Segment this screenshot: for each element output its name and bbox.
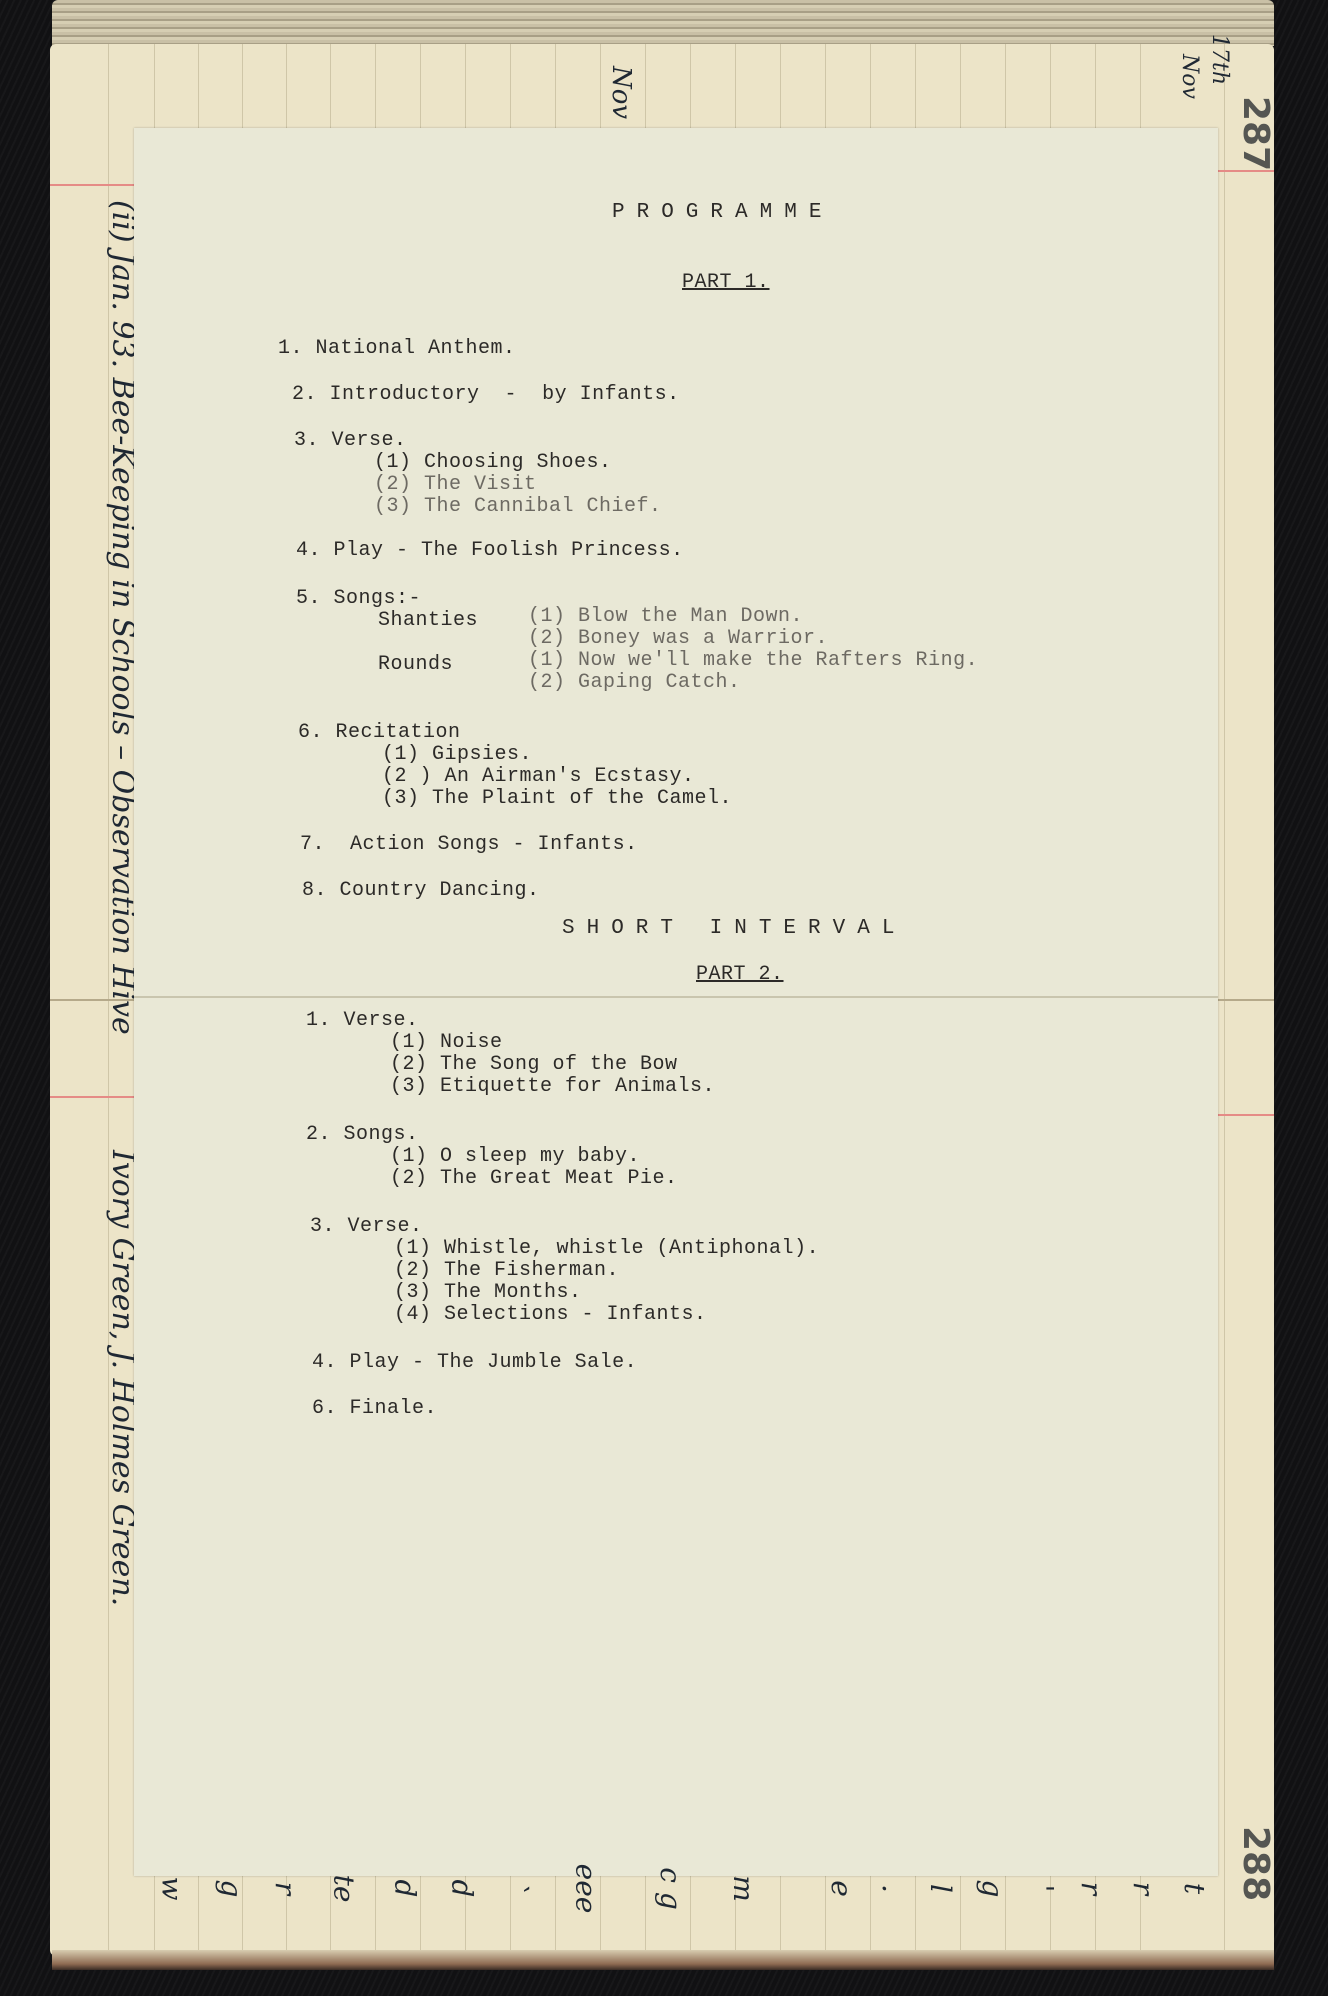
bottom-handwriting-row: w g r te d d ` eee c g m e . l g ' r r t [160,1872,1200,1932]
item-text: Action Songs - Infants. [350,833,638,856]
item-number: 8. [302,879,327,902]
page-number-top: 287 [1235,96,1276,171]
bottom-mark: r [269,1882,302,1895]
p1-item-6-sub-3: (3) The Plaint of the Camel. [382,788,732,810]
item-number: 3. [294,429,319,452]
top-center-note: Nov [606,66,636,119]
bottom-mark: ' [1026,1885,1059,1893]
item-number: 4. [312,1351,337,1374]
p1-item-1: 1. National Anthem. [278,338,516,360]
bottom-mark: r [1127,1882,1160,1895]
item-number: 2. [306,1123,331,1146]
p2-item-3-sub-1: (1) Whistle, whistle (Antiphonal). [394,1238,819,1260]
bottom-mark: m [727,1875,760,1902]
programme-sheet: PROGRAMME PART 1. 1. National Anthem. 2.… [134,128,1218,1876]
p2-item-4: 4. Play - The Jumble Sale. [312,1352,637,1374]
p1-item-2: 2. Introductory - by Infants. [292,384,680,406]
p2-item-3-sub-2: (2) The Fisherman. [394,1260,619,1282]
item-number: 2. [292,383,317,406]
bottom-mark: t [1178,1883,1211,1894]
item-text: Country Dancing. [340,879,540,902]
p2-item-2: 2. Songs. [306,1124,419,1146]
item-number: 1. [278,337,303,360]
red-margin-rule [50,184,135,186]
bottom-mark: c g [654,1867,687,1910]
item-text: Verse. [344,1009,419,1032]
rounds-sub-1: (1) Now we'll make the Rafters Ring. [528,650,978,672]
bottom-mark: te [328,1875,361,1903]
bottom-mark: r [1075,1882,1108,1895]
item-text: Songs:- [334,587,422,610]
p2-item-2-sub-2: (2) The Great Meat Pie. [390,1168,678,1190]
bottom-mark: . [876,1884,909,1893]
p1-item-6-sub-1: (1) Gipsies. [382,744,532,766]
page-edge-stack [52,0,1274,46]
page-number-bottom: 288 [1235,1826,1276,1901]
short-interval-heading: SHORT INTERVAL [562,918,906,940]
bottom-mark: w [155,1877,188,1901]
p1-item-3: 3. Verse. [294,430,407,452]
programme-title: PROGRAMME [612,202,833,224]
item-text: Play - The Jumble Sale. [350,1351,638,1374]
date-note-month: Nov [1177,54,1202,99]
p2-item-1-sub-3: (3) Etiquette for Animals. [390,1076,715,1098]
item-text: Verse. [348,1215,423,1238]
item-text: Introductory - by Infants. [330,383,680,406]
p1-item-8: 8. Country Dancing. [302,880,540,902]
item-number: 3. [310,1215,335,1238]
rounds-label: Rounds [378,654,453,676]
shanties-sub-2: (2) Boney was a Warrior. [528,628,828,650]
shanties-label: Shanties [378,610,478,632]
date-note-day: 17th [1207,34,1232,85]
item-number: 6. [312,1397,337,1420]
bottom-mark: d [445,1880,478,1898]
p2-item-1: 1. Verse. [306,1010,419,1032]
item-number: 6. [298,721,323,744]
p1-item-6-sub-2: (2 ) An Airman's Ecstasy. [382,766,695,788]
item-text: Recitation [336,721,461,744]
bottom-mark: d [389,1880,422,1898]
p1-item-3-sub-1: (1) Choosing Shoes. [374,452,612,474]
p1-item-4: 4. Play - The Foolish Princess. [296,540,684,562]
item-text: Finale. [350,1397,438,1420]
p2-item-3-sub-4: (4) Selections - Infants. [394,1304,707,1326]
bottom-mark: eee [570,1864,603,1914]
red-margin-rule [50,1096,135,1098]
item-text: Verse. [332,429,407,452]
p1-item-6: 6. Recitation [298,722,461,744]
p1-item-7: 7. Action Songs - Infants. [300,834,638,856]
p2-item-6: 6. Finale. [312,1398,437,1420]
bottom-mark: g [215,1880,248,1898]
item-number: 1. [306,1009,331,1032]
bottom-mark: ` [499,1882,532,1896]
item-text: National Anthem. [316,337,516,360]
item-text: Songs. [344,1123,419,1146]
p2-item-3: 3. Verse. [310,1216,423,1238]
p1-item-3-sub-3: (3) The Cannibal Chief. [374,496,662,518]
item-number: 7. [300,833,325,856]
p1-item-3-sub-2: (2) The Visit [374,474,537,496]
item-text: Play - The Foolish Princess. [334,539,684,562]
p2-item-1-sub-1: (1) Noise [390,1032,503,1054]
shanties-sub-1: (1) Blow the Man Down. [528,606,803,628]
p2-item-3-sub-3: (3) The Months. [394,1282,582,1304]
bottom-mark: e [825,1880,858,1897]
p2-item-1-sub-2: (2) The Song of the Bow [390,1054,678,1076]
part2-heading: PART 2. [696,964,784,986]
item-number: 5. [296,587,321,610]
p2-item-2-sub-1: (1) O sleep my baby. [390,1146,640,1168]
bottom-mark: g [975,1880,1008,1898]
item-number: 4. [296,539,321,562]
page-bottom-edge [52,1950,1274,1970]
p1-item-5: 5. Songs:- [296,588,421,610]
bottom-mark: l [924,1884,957,1893]
red-margin-rule [1218,1114,1274,1116]
part1-heading: PART 1. [682,272,770,294]
rounds-sub-2: (2) Gaping Catch. [528,672,741,694]
